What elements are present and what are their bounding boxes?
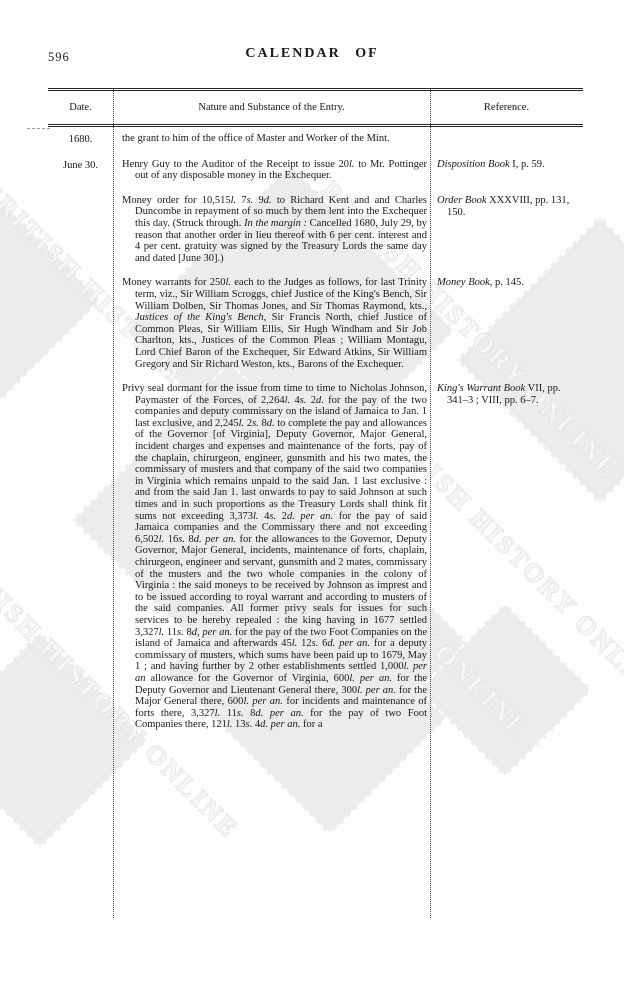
column-header-date: Date.: [48, 102, 113, 113]
scanned-book-page: BRITISH HISTORY ONLINE BRITISH HISTORY O…: [0, 0, 624, 987]
table-row: Money order for 10,515l. 7s. 9d. to Rich…: [48, 195, 583, 265]
entry-date: [48, 277, 113, 370]
scan-artifact-dash: [27, 128, 50, 129]
entry-date: 1680.: [48, 133, 113, 146]
table-header-row: Date. Nature and Substance of the Entry.…: [48, 88, 583, 127]
column-header-entry: Nature and Substance of the Entry.: [113, 102, 430, 113]
entry-date: [48, 195, 113, 265]
running-head: 596 CALENDAR OF: [0, 44, 624, 64]
entry-date: [48, 383, 113, 731]
entry-reference: [430, 133, 583, 146]
entry-reference: Money Book, p. 145.: [430, 277, 583, 370]
column-rule-entry-reference: [430, 88, 431, 918]
entry-reference: Order Book XXXVIII, pp. 131, 150.: [430, 195, 583, 265]
column-rule-date-entry: [113, 88, 114, 918]
entry-text: Money order for 10,515l. 7s. 9d. to Rich…: [113, 195, 430, 265]
page-title: CALENDAR OF: [0, 46, 624, 62]
calendar-table: Date. Nature and Substance of the Entry.…: [48, 88, 583, 744]
table-row: June 30. Henry Guy to the Auditor of the…: [48, 159, 583, 182]
entry-date: June 30.: [48, 159, 113, 182]
entry-text: Money warrants for 250l. each to the Jud…: [113, 277, 430, 370]
table-row: 1680. the grant to him of the office of …: [48, 133, 583, 146]
entry-reference: King's Warrant Book VII, pp. 341–3 ; VII…: [430, 383, 583, 731]
entry-text: the grant to him of the office of Master…: [113, 133, 430, 146]
table-row: Privy seal dormant for the issue from ti…: [48, 383, 583, 731]
entry-text: Henry Guy to the Auditor of the Receipt …: [113, 159, 430, 182]
table-body: 1680. the grant to him of the office of …: [48, 127, 583, 731]
column-header-reference: Reference.: [430, 102, 583, 113]
table-row: Money warrants for 250l. each to the Jud…: [48, 277, 583, 370]
entry-text: Privy seal dormant for the issue from ti…: [113, 383, 430, 731]
entry-reference: Disposition Book I, p. 59.: [430, 159, 583, 182]
